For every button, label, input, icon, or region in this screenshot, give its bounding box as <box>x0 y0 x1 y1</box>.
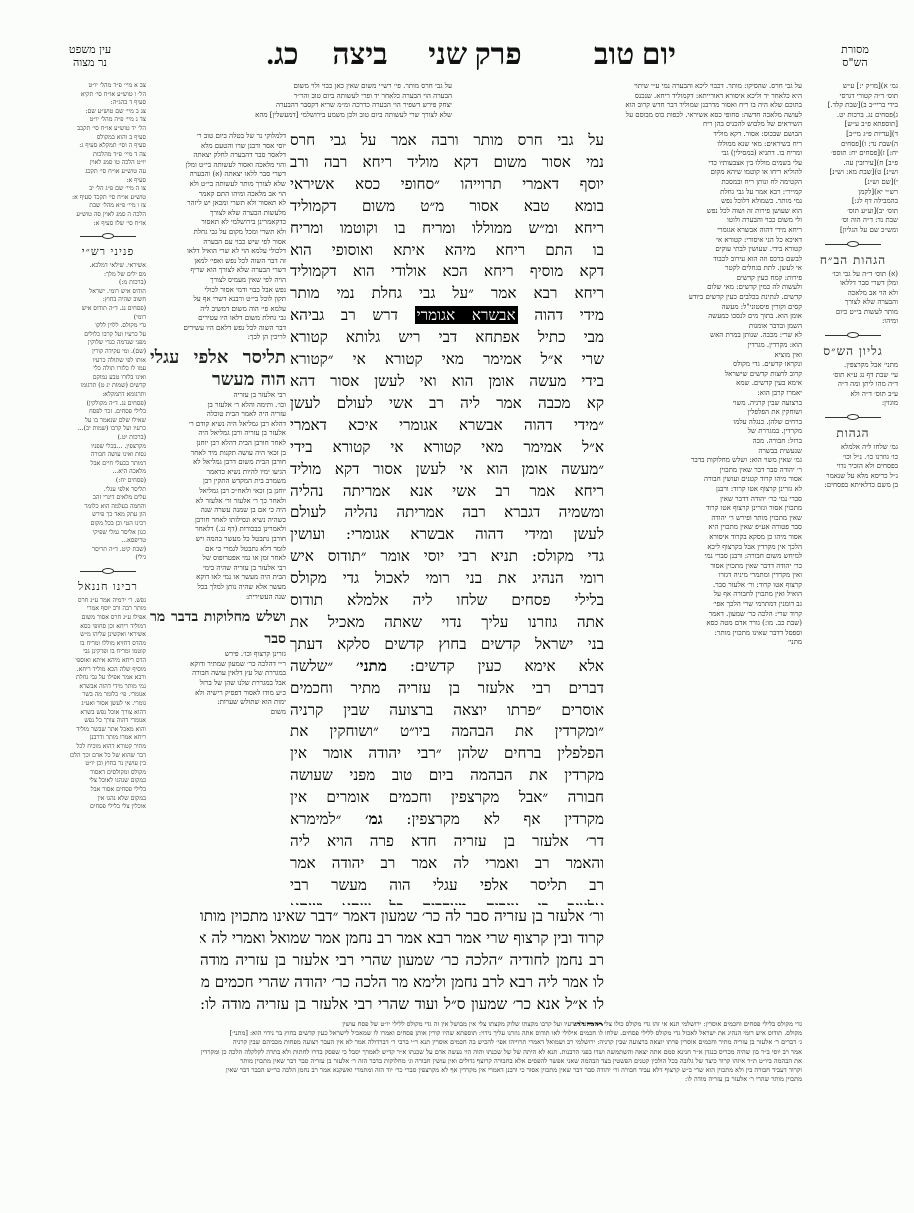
text-line: ולי משום כבוי והבערה ולוטו <box>604 216 802 226</box>
text-line: את הבהמה ביו״ט ת״ר איזהו קרוד כיצד של גל… <box>90 1057 802 1066</box>
mishna-marker: מתני׳ <box>356 657 387 675</box>
text-line: ואין מוציא <box>604 351 802 361</box>
text-line: נפש. ר׳ ירמיה אמר ע״ג חרס <box>70 597 146 606</box>
text-line: בין עושין נר בחוץ וכן יו״ט <box>70 760 146 769</box>
gemara-line: גדי מקולס: תניא רבי יוסי אומר ״תודוס איש <box>290 546 604 568</box>
heading-line: עין משפט <box>40 43 140 56</box>
text-line: הוי אב מלאכה ומיהו התם קאמר <box>150 190 286 200</box>
gemara-line: נמי אסור משום דקא מוליד ריחא רבה ורב <box>290 152 604 174</box>
tosafot-talisar-heading: תליסר אלפי עגלי הוה מעשר <box>150 347 286 391</box>
text-line: סבר פטורה אע״פ שאין מתכוין היא <box>604 523 802 533</box>
text-line: הויה לפי שאין מעמיס לצורך <box>150 276 286 286</box>
text-line: ולאחר כך ר׳ אלעזר ור׳ אלעזר לא <box>150 497 286 507</box>
text-line: מוגזין: <box>808 399 898 409</box>
text-line: שנה העשירית: <box>150 593 286 603</box>
text-line: קמיירי: רבא אמר על גבי גחלת <box>604 188 802 198</box>
text-line: לא גזרינן קרצוף אטו קרוד: ורבנן <box>604 485 802 495</box>
header-perek: פרק שני <box>400 40 550 72</box>
text-line: אלעזר בן עזריה ורבן גמליאל היה <box>150 429 286 439</box>
text-line: נפש אבל כבוי ודמי אסור לכולי <box>150 286 286 296</box>
masoret-hashas-heading: מסורת הש"ס <box>820 43 890 75</box>
text-line: קסים וקורין פיסטוני"ל: מעשה <box>604 303 802 313</box>
ornament-divider-icon <box>825 414 881 420</box>
text-line: (פסחים נג. ד״ה מקולקין) <box>70 400 146 409</box>
text-line: קרוב לחצות קדשים שישראל <box>604 370 802 380</box>
text-line: דאיכא כל הני איסורי: קטורא אי <box>604 236 802 246</box>
talmud-page: מסורת הש"ס יום טוב פרק שני ביצה כג. עין … <box>0 0 914 1213</box>
text-line: גדי מקולס בלילי פסחים וחכמים אוסרין: ירו… <box>90 1020 802 1029</box>
gemara-line: ריחא רבא אמר ״על גבי גחלת נמי מותר <box>290 283 604 305</box>
text-line: והבערה שלא לצורך <box>808 298 898 308</box>
gemara-line: לעשן ומידי דהוה אבשרא אגומרי: ועושין <box>290 524 604 546</box>
text-line: עלים מלאים דינרי זהב <box>70 494 146 503</box>
text-line: צז ו מיי׳ פ״א מהל׳ שבת <box>70 202 146 211</box>
text-line: (ברכות יט.) <box>70 434 146 443</box>
text-line: ומלן דשרי סבר דללאו <box>808 279 898 289</box>
footer-notes: גדי מקולס בלילי פסחים וחכמים אוסרין: ירו… <box>90 1020 802 1084</box>
text-line: תוס׳ יב)[וע״ע תוס׳ <box>808 207 898 217</box>
tosafot-column: דלמלוקי נר של בטלה ביום טוב ר׳יוסי אסר ו… <box>150 132 286 902</box>
gemara-line: ״מעשה אומן הוא אי לעשן אסור דקא מוליד <box>290 459 604 481</box>
text-line: ריחא מידי דהוה אבשרא אגומרי <box>604 226 802 236</box>
gemara-line: ריחא ומ״ש ממוללו ומריח בו וקוטמו ומריח <box>290 218 604 240</box>
text-line: מתני׳ <box>604 638 802 648</box>
text-line: מקולס ומקולסים דאסור <box>70 769 146 778</box>
heading-line: מסורת <box>820 43 890 56</box>
text-line: במקום שלא נהגו אין <box>70 795 146 804</box>
text-line: לאחר זמן או נמי אפטרופוס של <box>150 554 286 564</box>
gemara-lines: על גבי חרס מותר ורבה אמר על גבי חרסנמי א… <box>290 130 604 905</box>
text-line: שנעשית בבשרה <box>604 447 802 457</box>
text-line: ג׳ דברים ר׳ אלעזר בן עזריה מתיר וחכמים א… <box>90 1038 802 1047</box>
text-line: שלא לצורך שרי לעשותה ביום טוב ולכן משמע … <box>150 111 452 121</box>
gemara-line: שרי א״ל אמימר מאי קטורא אי ״קטורא <box>290 349 604 371</box>
text-line: יצחק פירש דשפיר הוי הבערה כדרכה ומ״מ שרי… <box>150 101 452 111</box>
text-line: ריחא אמרו מותר ודרבנן <box>70 734 146 743</box>
text-line: תודוס איש רומי. ישראל <box>70 288 146 297</box>
gemara-line: רב תליסר אלפי עגלי הוה מעשר רבי <box>290 875 604 897</box>
text-line: אשיראי. שילאי דמלכא. <box>70 262 146 271</box>
text-line: יאמרו קרבן הוא: <box>604 389 802 399</box>
text-line: כדקאמרינן בירושלמי לא תאסור <box>150 218 286 228</box>
text-line: [תוספתא פ״ב ע״ש] <box>808 120 898 130</box>
text-line: גמ׳ שאין משוי הוא: ושלש מחלוקות בדבר <box>604 456 802 466</box>
text-line: כ״ע מודו לאסור דפסיק רישיה ולא <box>150 689 286 699</box>
text-line: אותו לפי שתולה כרעיו <box>70 357 146 366</box>
text-line: טריפסא... <box>70 537 146 546</box>
text-line: קדשים. לנתינת בכלבים כעין קדשים ביודע <box>604 293 802 303</box>
text-line: בהמבילה דף לג:] <box>808 197 898 207</box>
text-line: טוש״ע או״ח סי׳ תקכד סעיף א: <box>70 194 146 203</box>
text-line: לאחר חורבן הבית דהלא רבן יוחנן <box>150 439 286 449</box>
text-line: אפילו ע״ג חרס אסור משום <box>70 614 146 623</box>
text-line: פ״ב] ח)[עירובין עה. <box>808 159 898 169</box>
text-line: עלמא פי׳ הוה משום דמשיב ליה <box>150 305 286 315</box>
gemara-line: והאמר רב ואמרי לה אמר רב יהודה אמר <box>290 853 604 875</box>
text-line: גב דומנין דמתרמי שרי הלכך אפי׳ <box>604 600 802 610</box>
hagahot-lines: גמ׳ שלחו ליה אלמלאכו׳ גוזרנו כו׳. נ״ל וכ… <box>808 443 898 491</box>
gemara-line: דברים רבי אלעזר בן עזריה מתיר וחכמים <box>290 678 604 700</box>
text-line: שאילו שלם שנאמר בו על <box>70 417 146 426</box>
heading-line: נר מצוה <box>40 56 140 69</box>
text-line: ג)פסחים נג. ברכות יט. <box>808 111 898 121</box>
text-line: בלילי פסחים. זכר לפסח <box>70 408 146 417</box>
text-line: יח:] ז)[פסחים יח: תוספ׳ <box>808 149 898 159</box>
text-line: לומר דלא נתבטל לגמרי כי אם <box>150 545 286 555</box>
text-line: הל׳ ו טוש״ע או״ח סי׳ תקיא <box>70 91 146 100</box>
text-line: השיראים של מלבוש להכניס בהן ריח <box>604 120 802 130</box>
rashi-lines: על גבי חרס. שהסיקו: מותר. דכבוי ליכא והב… <box>604 82 802 456</box>
text-line: (פסחים יח:) <box>70 477 146 486</box>
text-line: ולעשות לה כמין קדשים: מאי שלום <box>604 283 802 293</box>
text-line: להוליא ריחו או קוטמו שיהא מקום <box>604 168 802 178</box>
text-line: ומש״כ שם על הגליון] <box>808 226 898 236</box>
gemara-line: אלעזר בן עזריה מעדריה כל שתא ושתא <box>290 897 604 905</box>
masoret-lines: גמ׳ א)[מו״ק י:] ע״שתוס׳ ד״ה קטורי דגרסיב… <box>808 82 898 236</box>
text-line: חשוב שהיה בחוץ: <box>70 296 146 305</box>
text-line: אוכלין צלי בלילי פסחים <box>70 803 146 812</box>
text-line: עה טוש״ע או״ח סי׳ תקכג <box>70 168 146 177</box>
text-line: ריח בשיראים: מאי שנא ממוללו <box>604 140 802 150</box>
text-line: במקום שנהגו לאוכל צלי <box>70 777 146 786</box>
ornament-divider-icon <box>80 568 136 574</box>
text-line: משמרב בית המקדש התקין רבן <box>150 477 286 487</box>
text-line: צה ד מיי׳ פ״ד מהלכות <box>70 151 146 160</box>
text-line: גומרי. אי לעשן אסור ואע״ג <box>70 700 146 709</box>
header-daf: כג. <box>255 40 310 72</box>
text-line: סעיף א: <box>70 177 146 186</box>
pninei-rashi-title: פניני רש״י <box>70 244 146 260</box>
text-line: הואיל ואין מתכוין לחבורה אף על <box>604 590 802 600</box>
text-line: מהדס דחזיא מוללו ומריח בו <box>70 640 146 649</box>
text-line: חורבן הבית משום דרבן גמליאל לא <box>150 458 286 468</box>
text-line: נ״ל כריסא מלא על שנאמר <box>808 472 898 482</box>
text-line: משום <box>150 708 286 718</box>
gemara-line: מידי דהוה אבשרא אגומרי דרש רב גביהא <box>290 305 604 327</box>
text-line: רבינו הטי וכן בכל מקום <box>70 520 146 529</box>
text-line: דלאסר סבר דהבערה לחלק יצאתה <box>150 151 286 161</box>
hagahot-title: הגהות <box>808 425 898 441</box>
tosafot-talisar-lines: רבי אלעזר בן עזריהוכו׳. ותימה והלא ר׳ אל… <box>150 391 286 602</box>
text-line: ורבא אמר אפילו על גבי גחלת <box>70 674 146 683</box>
text-line: ד)[עדיות פ״ג מי״ב] <box>808 130 898 140</box>
text-line: מפני שנדמה כגדי שלוקין <box>70 339 146 348</box>
text-line: דלכולי עלמא הוי לא שרי הואיל דלאו <box>150 247 286 257</box>
text-line: לעושה מלאכה חדשה: סחופי כסא אשיראי. לכפו… <box>604 111 802 121</box>
gemara-line: אוסרים ״פרתו יוצאה ברצועה שבין קרניה <box>290 700 604 722</box>
text-line: מלאכה היא... <box>70 468 146 477</box>
text-line: אשיראי ואקשינן עליהו מ״ש <box>70 631 146 640</box>
gemara-line: מקרדין אף לא מקרצפין: גמ׳ ״למימרא <box>290 809 604 831</box>
text-line: שבת נד: ד״ה הוה וס׳ <box>808 216 898 226</box>
text-line: רומי) <box>70 314 146 323</box>
text-line: צג ב מיי׳ שם טוש״ע שם: <box>70 108 146 117</box>
rashi-column: על גבי חרס. שהסיקו: מותר. דכבוי ליכא והב… <box>604 82 802 1012</box>
text-line: אסור מיהו כן מסקא בקרוד איסורא <box>604 533 802 543</box>
text-line: בן זכאי היה עושה תקנות מיד לאחר <box>150 449 286 459</box>
gemara-line: בלילי פסחים שלחו ליה אלמלא תודוס <box>290 590 604 612</box>
text-line: ד״ה מהו ליתן ומה ד״ה <box>808 380 898 390</box>
text-line: הוא שעושן פירות זה ושוה לכל נפש <box>604 207 802 217</box>
outer-left-column: צב א מיי׳ פ״ד מהל׳ יו״טהל׳ ו טוש״ע או״ח … <box>70 82 146 1017</box>
text-line: סברי נמי כר׳ יהודה דדבר שאין <box>604 495 802 505</box>
text-line: קרוד שרי: הלכה כר׳ שמעון. דאמר <box>604 610 802 620</box>
text-line: מתני׳ אבל מקרצפין. <box>808 361 898 371</box>
gemara-line: ומשמיה דגברא רבה אמריתה נהליה לעולם <box>290 502 604 524</box>
text-line: רבי אלעזר בן עזריה שהיה בימי <box>150 564 286 574</box>
text-line: לא שרי: מכבה. שנותן במרת האש <box>604 331 802 341</box>
text-line: ולאמרינן בבכורות (דף נג.) דלאחר <box>150 525 286 535</box>
text-line: הון עתק מאד כך פירש <box>70 511 146 520</box>
text-line: ולא הוי אב מלאכה <box>808 289 898 299</box>
text-line: הגיעו ימיו להיות נשיא כדאמר <box>150 468 286 478</box>
header-masechet: ביצה <box>310 40 410 72</box>
text-line: לא תאסור ולא תשרי ומכאן יש ליזהר <box>150 199 286 209</box>
tosafot-shalosh-heading: ושלש מחלוקות בדבר מר סבר <box>150 606 286 650</box>
text-line: אסור מיהו קרוד קטנים ועושין חבורה <box>604 475 802 485</box>
text-line: בלילי פסחים אסור אבל <box>70 786 146 795</box>
text-line: ואינו בלזרו טבע נמוקם <box>70 374 146 383</box>
gemara-line: רומי הנהיג את בני רומי לאכול גדי מקולס <box>290 568 604 590</box>
text-line: מלעשות הבערה שלא לצורך <box>150 209 286 219</box>
gemara-line: קא מכבה אמר ליה רב אשי לעולם לעשן <box>290 393 604 415</box>
text-line: מוסיף שלה הכא מוליד ריחא. <box>70 666 146 675</box>
ornament-divider-icon <box>825 332 881 338</box>
text-line: כר׳ יהודה דדבר שאין מתכוין אסור <box>604 562 802 572</box>
text-line: במגררת של עץ דלאין עושה חבורה <box>150 669 286 679</box>
tosafot-shalosh-lines: גזרינן קרצוף וכו׳. פירשר״י דהלכה כר׳ שמע… <box>150 650 286 717</box>
text-line: מותר רבה ורב יוסף אמרי <box>70 605 146 614</box>
text-line: וש״נ] ט)[שבת מא: וש״נ] <box>808 168 898 178</box>
text-line: (א) תוס׳ ד״ה על גבי וכו׳ <box>808 270 898 280</box>
text-line: עי׳ שבת דף נג ע״א תוס׳ <box>808 371 898 381</box>
text-line: השמן ובדבר אומנות <box>604 322 802 332</box>
gemara-line: א״ל אמימר מאי קטורא אי קטורא בידי <box>290 437 604 459</box>
text-line: הבית היה מעשר או נמי לאו דוקא <box>150 573 286 583</box>
text-line: ומיהו: <box>808 317 898 327</box>
gemara-line: יוסף דאמרי תרוייהו ״סחופי כסא אשיראי <box>290 174 604 196</box>
text-line: צב א מיי׳ פ״ד מהל׳ יו״ט <box>70 82 146 91</box>
text-line: דשרי סבר ללאו יצאתה (א) והבערה <box>150 170 286 180</box>
dibbur-hamatchil: ושלש מחלוקות בדבר מר סבר <box>150 609 286 647</box>
text-line: הבושם שבכוס: אסור. דקא מוליד <box>604 130 802 140</box>
text-line: נמי מותר מידי דהוה אבשרא <box>70 683 146 692</box>
text-line: גמ׳ שלחו ליה אלמלא <box>808 443 898 453</box>
rabbeinu-chananel-title: רבינו חננאל <box>70 579 146 595</box>
text-line: אגומרי. פי׳ כלומר מה בשר <box>70 691 146 700</box>
gemara-line: דר׳ אלעזר בן עזריה חדא פרה הויא ליה <box>290 831 604 853</box>
text-line: פירות: קמח כעין קדשים <box>604 274 802 284</box>
text-line: תוס׳ ד״ה קטורי דגרסי <box>808 92 898 102</box>
text-line: רבי אלעזר בן עזריה <box>150 391 286 401</box>
gemara-line: על גבי חרס מותר ורבה אמר על גבי חרס <box>290 130 604 152</box>
ornament-divider-icon <box>825 241 881 247</box>
text-line: מתיר קטורא דהוא מוכיח לכל <box>70 743 146 752</box>
gemara-line: הפלפלין ברחים שלהן ״רבי יהודה אומר אין <box>290 743 604 765</box>
text-line: שאין מתכוין מותר ופירש ר׳ יהודה <box>604 514 802 524</box>
gemara-line: דקא מוסיף ריחא הכא אולודי הוא דקמוליד <box>290 261 604 283</box>
text-line: מקרצפין. ...בכלי שפניו <box>70 443 146 452</box>
text-line: עלי בשמים מוללו בין אצבעותיו כדי <box>604 159 802 169</box>
text-line: דשרי הבערה שלא לצורך הוא שריף <box>150 266 286 276</box>
text-line: נמי מותר. כשמולא דלוכל נפש <box>604 197 802 207</box>
text-line: תקון לוכל בי״ט ורבנא דשרי אף על <box>150 295 286 305</box>
gemara-line: אלא אימא כעין קדשים: מתני׳ ״שלשה <box>290 656 604 678</box>
text-line: ברזל: חבורה. מכה <box>604 437 802 447</box>
ornament-divider-icon <box>80 233 136 239</box>
text-line: אסור לפי שיש כבוי עם הבערה <box>150 238 286 248</box>
text-line: על כרעיו ועל קרבו כלולים <box>70 331 146 340</box>
text-line: בפסחים ולא הזכיר נדוי <box>808 462 898 472</box>
gemara-line: לו אמר ליה רבא לרב נחמן ולימא מר הלכה כר… <box>200 972 604 994</box>
text-line: דהוא צורך אוכל נפש בשרא <box>70 709 146 718</box>
text-line: אומן הוא. בתוך מים לנסכו כמעשה <box>604 312 802 322</box>
text-line: אגומרי דהוה צורך כל נפש <box>70 717 146 726</box>
text-line: גזרינן קרצוף וכו׳. פירש <box>150 650 286 660</box>
text-line: כו׳ גוזרנו כו׳. נ״ל וכו׳ <box>808 453 898 463</box>
text-line: (שבת קיט. ד״ה תריסר <box>70 546 146 555</box>
text-line: אי לעשן. לתת בגחלים לקטר <box>604 264 802 274</box>
gemara-line: בידי מעשה אומן הוא ואי לעשן אסור דהא <box>290 371 604 393</box>
text-line: ואין מקרדין ומתמרי מיניה דגזרו <box>604 571 802 581</box>
text-line: הבערה הוי הבערה כלאחר יד ופרי לעשותה ביו… <box>150 92 452 102</box>
gemara-line: רב נחמן לחודיה ״הלכה כר׳ שמעון שהרי רבי … <box>200 950 604 972</box>
text-line: כגון אליסר גמלי שפיקי <box>70 529 146 538</box>
text-line: עמו לו כלזרו תולה כלי <box>70 365 146 374</box>
text-line: הקטימה לח ונותן ריח ובמסכת <box>604 178 802 188</box>
text-line: דבר שהוא של כל אדם וכך הלכה <box>70 752 146 761</box>
gemara-line: קרוד ובין קרצוף שרי אמר רבא אמר רב נחמן … <box>200 928 604 950</box>
gemara-wide-text: ור׳ אלעזר בן עזריה סבר לה כר׳ שמעון דאמר… <box>200 906 604 1026</box>
pninei-rashi-lines: אשיראי. שילאי דמלכא.מס ילים של מלך:(ברכו… <box>70 262 146 563</box>
text-line: והוא מאכל אתר שבשר מוליד <box>70 726 146 735</box>
text-line: מותר לעשות בי״ט כיום <box>808 308 898 318</box>
text-line: ה)שבת נד: ו)[פסחים <box>808 140 898 150</box>
text-line: הלכך אין מקרדין אבל בקרצוף ליכא <box>604 543 802 553</box>
text-line: ומריח בו. דתניא (במסילין) גבי <box>604 149 802 159</box>
text-line: דמותר בכעלי חיים אבל <box>70 460 146 469</box>
text-line: ולא תשרי ומכל מקום על גבי גחלת <box>150 228 286 238</box>
ein-mishpat-heading: עין משפט נר מצוה <box>40 43 140 75</box>
text-line: גסות ואינו עושה חבורה <box>70 451 146 460</box>
rabbeinu-chananel-lines: נפש. ר׳ ירמיה אמר ע״ג חרסמותר רבה ורב יו… <box>70 597 146 812</box>
text-line: זה דבר השוה לכל נפש ואפי׳ למאן <box>150 257 286 267</box>
text-line: דמוליד ריחא וכן סחופי כסא <box>70 623 146 632</box>
tosafot-lines: דלמלוקי נר של בטלה ביום טוב ר׳יוסי אסר ו… <box>150 132 286 343</box>
hagahot-bach-title: הגהות הב״ח <box>808 252 898 268</box>
text-line: על גבי חרס מותר. פי׳ רש״י משום שאין כאן … <box>150 82 452 92</box>
gilyon-lines: מתני׳ אבל מקרצפין.עי׳ שבת דף נג ע״א תוס׳… <box>808 361 898 409</box>
text-line: כרעיו ועל קרבו (שמות יב)... <box>70 425 146 434</box>
gemara-marker: גמ׳ <box>365 810 383 828</box>
text-line: ותרגומא דתמקלא: <box>70 391 146 400</box>
rashi-lower-lines: גמ׳ שאין משוי הוא: ושלש מחלוקות בדברר׳ י… <box>604 456 802 648</box>
gemara-line: מבי כתיל אפתחא דבי ריש גלותא קטורא <box>290 327 604 349</box>
heading-line: הש"ס <box>820 56 890 69</box>
text-line: תליסר אלפי עגלי. <box>70 486 146 495</box>
text-line: ר״י דהלכה כר׳ שמעון שמתיר ודוקא <box>150 660 286 670</box>
text-line: מקולס. תודוס איש רומי הנהיג את ישראל לאכ… <box>90 1029 802 1038</box>
text-line: מס ילים של מלך: <box>70 271 146 280</box>
gilyon-title: גליון הש״ס <box>808 343 898 359</box>
text-line: היה כי אם בן שמנה עשרה שנה <box>150 506 286 516</box>
text-line: ימות הוא שתולש שערות: <box>150 698 286 708</box>
text-line: חורבן נתבטל כל מעשר בהמה ויש <box>150 535 286 545</box>
text-line: גמ׳ א)[מו״ק י:] ע״ש <box>808 82 898 92</box>
text-line: סעיף ד בהג״ה: <box>70 99 146 108</box>
tosafot-top-lines: על גבי חרס מותר. פי׳ רש״י משום שאין כאן … <box>150 82 452 120</box>
text-line: שלא לצורך מותר לעשותה בי״ט ולא <box>150 180 286 190</box>
text-line: י)[שם וש״נ] <box>808 178 898 188</box>
text-line: וספסל דדבר שאינו מתכוין מותר: <box>604 629 802 639</box>
highlighted-phrase[interactable]: אבשרא אגומרי <box>415 306 518 324</box>
text-line: וקרוד דעביד חבורה בין ולא מתכוין הוא שרי… <box>90 1066 802 1075</box>
gemara-line: בומא טבא אסור מ״ט משום דקמוליד <box>290 196 604 218</box>
text-line: גילי) <box>70 554 146 563</box>
text-line: הל׳ יד טוש״ע או״ח סי׳ תקכב <box>70 125 146 134</box>
ein-mishpat-lines: צב א מיי׳ פ״ד מהל׳ יו״טהל׳ ו טוש״ע או״ח … <box>70 82 146 228</box>
text-line: וכו׳. ותימה והלא ר׳ אלעזר בן <box>150 401 286 411</box>
gemara-line: בו התם ריחא מיהא איתא ואוסופי הוא <box>290 240 604 262</box>
text-line: סעיף ה וסי׳ תמקלא סעיף ג: <box>70 142 146 151</box>
gemara-main-text: על גבי חרס מותר ורבה אמר על גבי חרסנמי א… <box>290 130 604 905</box>
text-line: (שם). ומי עקידה קורין <box>70 348 146 357</box>
text-line: ברחים שלהן. כנגלה עלמו <box>604 418 802 428</box>
text-line: ברצועה שבין קרניה. משוי <box>604 399 802 409</box>
text-line: על גבי חרס. שהסיקו: מותר. דכבוי ליכא והב… <box>604 82 802 92</box>
text-line: (פסחים נג. ד״ה תודוס איש <box>70 305 146 314</box>
text-line: מתכוין אסור וגזרינן קרצוף אטו קרוד <box>604 504 802 514</box>
text-line: רש״י יא)[לקמן <box>808 188 898 198</box>
text-line: (שבת כב. מו:) גורר אדם מטה כסא <box>604 619 802 629</box>
text-line: בידי בריי״ב ב)[שבת קלד.] <box>808 101 898 111</box>
text-line: והחמה בעלמה הוא כלומר <box>70 503 146 512</box>
text-line: בתוכם שלא היה בו ריח ואסור מדרבנן שמוליד… <box>604 101 802 111</box>
text-line: (ברכות מ:) <box>70 279 146 288</box>
text-line: קדשים (שמות יג ט) תרגומו <box>70 382 146 391</box>
text-line: הדס ריחא מיהא איתא ואוספי <box>70 657 146 666</box>
masoret-column: גמ׳ א)[מו״ק י:] ע״שתוס׳ ד״ה קטורי דגרסיב… <box>808 82 898 602</box>
text-line: למיחש משום חבורה: ורבנן סברי נמי <box>604 552 802 562</box>
gemara-line: חבורה ״אבל מקרצפין וחכמים אומרים אין <box>290 787 604 809</box>
footer-lines: גדי מקולס בלילי פסחים וחכמים אוסרין: ירו… <box>90 1020 802 1084</box>
text-line: מעשר אלא שהיה נותן למלך בכל <box>150 583 286 593</box>
text-line: יוסי אסר ורבנן שרו והטעם מלא <box>150 142 286 152</box>
dibbur-hamatchil: תליסר אלפי עגלי הוה מעשר <box>150 347 286 390</box>
text-line: או״ח סי׳ שלז סעיף א: <box>70 220 146 229</box>
text-line: והוי מלאכה ואסור לעשותה בי״ט ומלן <box>150 161 286 171</box>
text-line: הלכה ה סמג לאוין סה טוש״ע <box>70 211 146 220</box>
header-title: יום טוב <box>555 40 715 72</box>
gemara-line: מקרדין את הבהמה ביום טוב מפני שעושה <box>290 765 604 787</box>
text-line: אבל במגררת שלנו שהן של ברזל <box>150 679 286 689</box>
gemara-wide-lines: ור׳ אלעזר בן עזריה סבר לה כר׳ שמעון דאמר… <box>200 906 604 1016</box>
gemara-line: בני ישראל קדשים בחוץ קדשים סלקא דעתך <box>290 634 604 656</box>
text-line: לריכין הן לכך: <box>150 333 286 343</box>
gemara-line: ור׳ אלעזר בן עזריה סבר לה כר׳ שמעון דאמר… <box>200 906 604 928</box>
text-line: ע״ב תוס׳ ד״ה ולא <box>808 390 898 400</box>
text-line: אימא בעין קדשים. שמא <box>604 379 802 389</box>
text-line: דהלא רבן גמליאל היה נשיא קודם ר׳ <box>150 420 286 430</box>
text-line: מתכוין מותר שהרי ר׳ אלעזר בן עזריה מודה … <box>90 1075 802 1084</box>
text-line: קרצוף אטו קרוד: ור׳ אלעזר סבר. <box>604 581 802 591</box>
text-line: קוטמו ומריח בו ופרקינן גבי <box>70 648 146 657</box>
text-line: מקרדין. במגררת של <box>604 427 802 437</box>
text-line: יוחנן בן זכאי ולאח״כ רבן גמליאל <box>150 487 286 497</box>
tosafot-top: על גבי חרס מותר. פי׳ רש״י משום שאין כאן … <box>150 82 452 132</box>
text-line: דבר השוה לכל נפש דלאם היו עשירים <box>150 324 286 334</box>
gemara-line: אתה גוזרנו עליך נדוי שאתה מאכיל את <box>290 612 604 634</box>
